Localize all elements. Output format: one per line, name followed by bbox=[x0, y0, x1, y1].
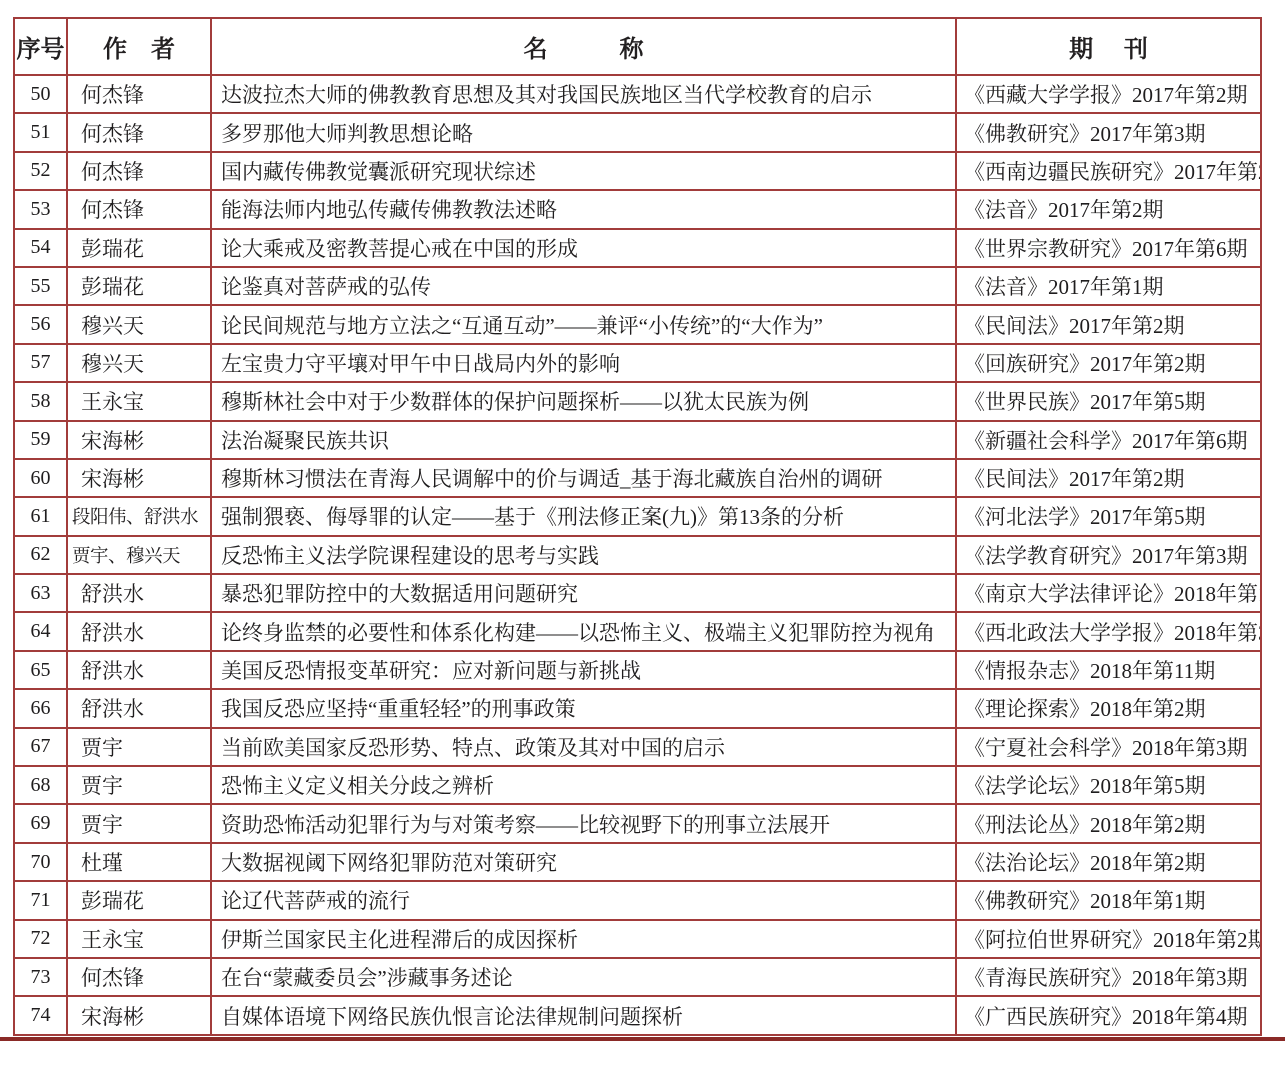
row-journal: 《新疆社会科学》2017年第6期 bbox=[956, 421, 1261, 459]
row-title: 在台“蒙藏委员会”涉藏事务述论 bbox=[211, 958, 956, 996]
row-author: 贾宇、穆兴天 bbox=[67, 536, 211, 574]
row-author: 舒洪水 bbox=[67, 651, 211, 689]
row-title: 达波拉杰大师的佛教教育思想及其对我国民族地区当代学校教育的启示 bbox=[211, 75, 956, 113]
row-journal: 《阿拉伯世界研究》2018年第2期 bbox=[956, 920, 1261, 958]
row-title: 大数据视阈下网络犯罪防范对策研究 bbox=[211, 843, 956, 881]
header-serial-number: 序号 bbox=[14, 18, 67, 75]
row-journal: 《佛教研究》2018年第1期 bbox=[956, 881, 1261, 919]
table-row: 50何杰锋达波拉杰大师的佛教教育思想及其对我国民族地区当代学校教育的启示《西藏大… bbox=[14, 75, 1261, 113]
row-journal: 《法治论坛》2018年第2期 bbox=[956, 843, 1261, 881]
table-row: 74宋海彬自媒体语境下网络民族仇恨言论法律规制问题探析《广西民族研究》2018年… bbox=[14, 996, 1261, 1034]
table-row: 53何杰锋能海法师内地弘传藏传佛教教法述略《法音》2017年第2期 bbox=[14, 190, 1261, 228]
table-row: 62贾宇、穆兴天反恐怖主义法学院课程建设的思考与实践《法学教育研究》2017年第… bbox=[14, 536, 1261, 574]
row-serial-number: 50 bbox=[14, 75, 67, 113]
table-row: 52何杰锋国内藏传佛教觉囊派研究现状综述《西南边疆民族研究》2017年第2期 bbox=[14, 152, 1261, 190]
row-title: 美国反恐情报变革研究：应对新问题与新挑战 bbox=[211, 651, 956, 689]
table-row: 67贾宇当前欧美国家反恐形势、特点、政策及其对中国的启示《宁夏社会科学》2018… bbox=[14, 728, 1261, 766]
row-author: 何杰锋 bbox=[67, 958, 211, 996]
row-journal: 《西藏大学学报》2017年第2期 bbox=[956, 75, 1261, 113]
row-title: 法治凝聚民族共识 bbox=[211, 421, 956, 459]
row-author: 王永宝 bbox=[67, 382, 211, 420]
row-journal: 《广西民族研究》2018年第4期 bbox=[956, 996, 1261, 1034]
row-journal: 《世界民族》2017年第5期 bbox=[956, 382, 1261, 420]
row-title: 左宝贵力守平壤对甲午中日战局内外的影响 bbox=[211, 344, 956, 382]
row-author: 舒洪水 bbox=[67, 689, 211, 727]
bottom-rule bbox=[0, 1037, 1285, 1041]
row-serial-number: 55 bbox=[14, 267, 67, 305]
row-author: 段阳伟、舒洪水 bbox=[67, 497, 211, 535]
row-journal: 《法学教育研究》2017年第3期 bbox=[956, 536, 1261, 574]
row-title: 伊斯兰国家民主化进程滞后的成因探析 bbox=[211, 920, 956, 958]
row-author: 何杰锋 bbox=[67, 190, 211, 228]
row-journal: 《民间法》2017年第2期 bbox=[956, 305, 1261, 343]
row-journal: 《回族研究》2017年第2期 bbox=[956, 344, 1261, 382]
row-serial-number: 71 bbox=[14, 881, 67, 919]
table-row: 70杜瑾大数据视阈下网络犯罪防范对策研究《法治论坛》2018年第2期 bbox=[14, 843, 1261, 881]
row-serial-number: 60 bbox=[14, 459, 67, 497]
row-author: 何杰锋 bbox=[67, 152, 211, 190]
row-title: 论大乘戒及密教菩提心戒在中国的形成 bbox=[211, 229, 956, 267]
row-serial-number: 58 bbox=[14, 382, 67, 420]
row-serial-number: 59 bbox=[14, 421, 67, 459]
table-row: 61段阳伟、舒洪水强制猥亵、侮辱罪的认定——基于《刑法修正案(九)》第13条的分… bbox=[14, 497, 1261, 535]
row-journal: 《法学论坛》2018年第5期 bbox=[956, 766, 1261, 804]
row-journal: 《宁夏社会科学》2018年第3期 bbox=[956, 728, 1261, 766]
row-serial-number: 74 bbox=[14, 996, 67, 1034]
row-title: 多罗那他大师判教思想论略 bbox=[211, 113, 956, 151]
row-author: 彭瑞花 bbox=[67, 881, 211, 919]
row-serial-number: 57 bbox=[14, 344, 67, 382]
row-journal: 《河北法学》2017年第5期 bbox=[956, 497, 1261, 535]
row-title: 强制猥亵、侮辱罪的认定——基于《刑法修正案(九)》第13条的分析 bbox=[211, 497, 956, 535]
row-author: 舒洪水 bbox=[67, 612, 211, 650]
row-serial-number: 56 bbox=[14, 305, 67, 343]
row-serial-number: 72 bbox=[14, 920, 67, 958]
table-body: 50何杰锋达波拉杰大师的佛教教育思想及其对我国民族地区当代学校教育的启示《西藏大… bbox=[14, 75, 1261, 1035]
table-row: 59宋海彬法治凝聚民族共识《新疆社会科学》2017年第6期 bbox=[14, 421, 1261, 459]
row-journal: 《西南边疆民族研究》2017年第2期 bbox=[956, 152, 1261, 190]
row-author: 宋海彬 bbox=[67, 421, 211, 459]
row-author: 穆兴天 bbox=[67, 344, 211, 382]
row-title: 自媒体语境下网络民族仇恨言论法律规制问题探析 bbox=[211, 996, 956, 1034]
row-serial-number: 70 bbox=[14, 843, 67, 881]
row-serial-number: 63 bbox=[14, 574, 67, 612]
row-serial-number: 66 bbox=[14, 689, 67, 727]
row-title: 论辽代菩萨戒的流行 bbox=[211, 881, 956, 919]
row-author: 宋海彬 bbox=[67, 459, 211, 497]
row-author: 彭瑞花 bbox=[67, 229, 211, 267]
header-journal: 期 刊 bbox=[956, 18, 1261, 75]
row-title: 能海法师内地弘传藏传佛教教法述略 bbox=[211, 190, 956, 228]
row-journal: 《法音》2017年第1期 bbox=[956, 267, 1261, 305]
row-title: 论终身监禁的必要性和体系化构建——以恐怖主义、极端主义犯罪防控为视角 bbox=[211, 612, 956, 650]
table-row: 69贾宇资助恐怖活动犯罪行为与对策考察——比较视野下的刑事立法展开《刑法论丛》2… bbox=[14, 804, 1261, 842]
row-serial-number: 53 bbox=[14, 190, 67, 228]
row-title: 恐怖主义定义相关分歧之辨析 bbox=[211, 766, 956, 804]
row-author: 王永宝 bbox=[67, 920, 211, 958]
table-row: 58王永宝穆斯林社会中对于少数群体的保护问题探析——以犹太民族为例《世界民族》2… bbox=[14, 382, 1261, 420]
table-row: 72王永宝伊斯兰国家民主化进程滞后的成因探析《阿拉伯世界研究》2018年第2期 bbox=[14, 920, 1261, 958]
table-row: 64舒洪水论终身监禁的必要性和体系化构建——以恐怖主义、极端主义犯罪防控为视角《… bbox=[14, 612, 1261, 650]
row-title: 论民间规范与地方立法之“互通互动”——兼评“小传统”的“大作为” bbox=[211, 305, 956, 343]
table-row: 63舒洪水暴恐犯罪防控中的大数据适用问题研究《南京大学法律评论》2018年第1期 bbox=[14, 574, 1261, 612]
table-row: 54彭瑞花论大乘戒及密教菩提心戒在中国的形成《世界宗教研究》2017年第6期 bbox=[14, 229, 1261, 267]
row-serial-number: 73 bbox=[14, 958, 67, 996]
row-serial-number: 64 bbox=[14, 612, 67, 650]
row-title: 穆斯林习惯法在青海人民调解中的价与调适_基于海北藏族自治州的调研 bbox=[211, 459, 956, 497]
row-title: 反恐怖主义法学院课程建设的思考与实践 bbox=[211, 536, 956, 574]
row-author: 舒洪水 bbox=[67, 574, 211, 612]
table-row: 71彭瑞花论辽代菩萨戒的流行《佛教研究》2018年第1期 bbox=[14, 881, 1261, 919]
row-title: 暴恐犯罪防控中的大数据适用问题研究 bbox=[211, 574, 956, 612]
row-title: 资助恐怖活动犯罪行为与对策考察——比较视野下的刑事立法展开 bbox=[211, 804, 956, 842]
row-author: 贾宇 bbox=[67, 766, 211, 804]
header-row: 序号 作 者 名 称 期 刊 bbox=[14, 18, 1261, 75]
header-title: 名 称 bbox=[211, 18, 956, 75]
table-row: 60宋海彬穆斯林习惯法在青海人民调解中的价与调适_基于海北藏族自治州的调研《民间… bbox=[14, 459, 1261, 497]
row-author: 彭瑞花 bbox=[67, 267, 211, 305]
table-row: 57穆兴天左宝贵力守平壤对甲午中日战局内外的影响《回族研究》2017年第2期 bbox=[14, 344, 1261, 382]
row-author: 贾宇 bbox=[67, 728, 211, 766]
row-author: 贾宇 bbox=[67, 804, 211, 842]
row-journal: 《理论探索》2018年第2期 bbox=[956, 689, 1261, 727]
row-author: 宋海彬 bbox=[67, 996, 211, 1034]
publications-table: 序号 作 者 名 称 期 刊 50何杰锋达波拉杰大师的佛教教育思想及其对我国民族… bbox=[13, 17, 1262, 1036]
table-row: 55彭瑞花论鉴真对菩萨戒的弘传《法音》2017年第1期 bbox=[14, 267, 1261, 305]
row-journal: 《青海民族研究》2018年第3期 bbox=[956, 958, 1261, 996]
row-serial-number: 52 bbox=[14, 152, 67, 190]
table-row: 65舒洪水美国反恐情报变革研究：应对新问题与新挑战《情报杂志》2018年第11期 bbox=[14, 651, 1261, 689]
row-journal: 《法音》2017年第2期 bbox=[956, 190, 1261, 228]
row-serial-number: 67 bbox=[14, 728, 67, 766]
row-journal: 《佛教研究》2017年第3期 bbox=[956, 113, 1261, 151]
row-title: 国内藏传佛教觉囊派研究现状综述 bbox=[211, 152, 956, 190]
row-serial-number: 51 bbox=[14, 113, 67, 151]
row-serial-number: 62 bbox=[14, 536, 67, 574]
table-row: 68贾宇恐怖主义定义相关分歧之辨析《法学论坛》2018年第5期 bbox=[14, 766, 1261, 804]
row-journal: 《刑法论丛》2018年第2期 bbox=[956, 804, 1261, 842]
row-serial-number: 68 bbox=[14, 766, 67, 804]
row-journal: 《西北政法大学学报》2018年第3期 bbox=[956, 612, 1261, 650]
row-title: 论鉴真对菩萨戒的弘传 bbox=[211, 267, 956, 305]
row-title: 当前欧美国家反恐形势、特点、政策及其对中国的启示 bbox=[211, 728, 956, 766]
row-author: 何杰锋 bbox=[67, 113, 211, 151]
row-title: 穆斯林社会中对于少数群体的保护问题探析——以犹太民族为例 bbox=[211, 382, 956, 420]
row-journal: 《情报杂志》2018年第11期 bbox=[956, 651, 1261, 689]
row-serial-number: 54 bbox=[14, 229, 67, 267]
row-author: 杜瑾 bbox=[67, 843, 211, 881]
row-author: 穆兴天 bbox=[67, 305, 211, 343]
row-serial-number: 61 bbox=[14, 497, 67, 535]
row-journal: 《世界宗教研究》2017年第6期 bbox=[956, 229, 1261, 267]
table-row: 66舒洪水我国反恐应坚持“重重轻轻”的刑事政策《理论探索》2018年第2期 bbox=[14, 689, 1261, 727]
row-journal: 《民间法》2017年第2期 bbox=[956, 459, 1261, 497]
row-serial-number: 65 bbox=[14, 651, 67, 689]
table-header: 序号 作 者 名 称 期 刊 bbox=[14, 18, 1261, 75]
table-row: 56穆兴天论民间规范与地方立法之“互通互动”——兼评“小传统”的“大作为”《民间… bbox=[14, 305, 1261, 343]
row-author: 何杰锋 bbox=[67, 75, 211, 113]
row-serial-number: 69 bbox=[14, 804, 67, 842]
header-author: 作 者 bbox=[67, 18, 211, 75]
row-title: 我国反恐应坚持“重重轻轻”的刑事政策 bbox=[211, 689, 956, 727]
scanned-document-page: 序号 作 者 名 称 期 刊 50何杰锋达波拉杰大师的佛教教育思想及其对我国民族… bbox=[0, 0, 1285, 1065]
row-journal: 《南京大学法律评论》2018年第1期 bbox=[956, 574, 1261, 612]
table-row: 51何杰锋多罗那他大师判教思想论略《佛教研究》2017年第3期 bbox=[14, 113, 1261, 151]
table-row: 73何杰锋在台“蒙藏委员会”涉藏事务述论《青海民族研究》2018年第3期 bbox=[14, 958, 1261, 996]
